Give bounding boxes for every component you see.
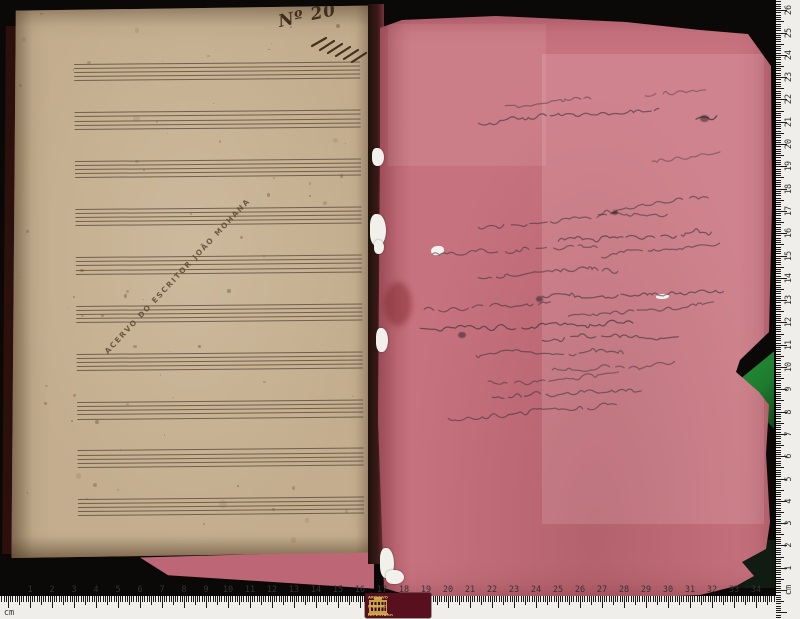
page-shading [10, 4, 374, 558]
paper-tear [374, 240, 384, 254]
manuscript-page: ACERVO DO ESCRITOR JOÃO MOHANA Nº 20 [10, 4, 374, 558]
paper-tear [372, 148, 384, 166]
paper-tear [376, 328, 388, 352]
pink-cover-page [376, 14, 774, 602]
right-ruler: cm 1234567891011121314151617181920212223… [776, 0, 800, 619]
archival-scan: ACERVO DO ESCRITOR JOÃO MOHANA Nº 20 cm … [0, 0, 800, 619]
archive-logo-plate: ARQUIVOPÚBLICODO ESTADODO MARANHÃO [365, 593, 431, 618]
ruler-unit-label: cm [0, 608, 18, 618]
archive-name: ARQUIVOPÚBLICODO ESTADODO MARANHÃO [368, 595, 408, 616]
ruler-unit-label: cm [783, 582, 795, 598]
paper-tear [386, 570, 404, 584]
cover-shading [376, 14, 774, 602]
